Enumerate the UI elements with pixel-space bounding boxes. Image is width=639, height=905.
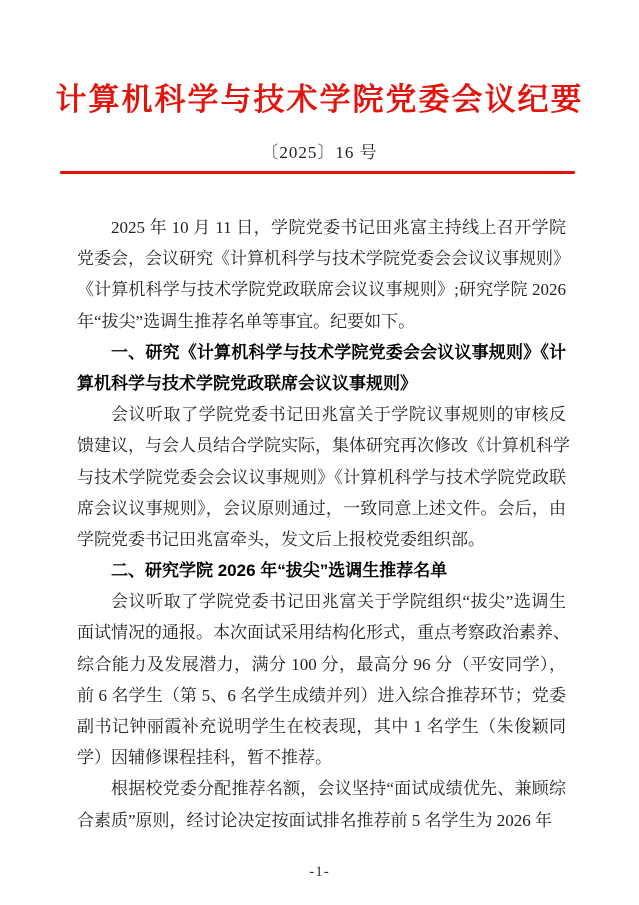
paragraph-line: 副书记钟丽霞补充说明学生在校表现，其中 1 名学生（朱俊颖同 <box>77 711 566 742</box>
heading-line: 算机科学与技术学院党政联席会议议事规则》 <box>77 368 566 399</box>
paragraph-line: 综合能力及发展潜力，满分 100 分，最高分 96 分（平安同学）， <box>77 649 566 680</box>
paragraph-line: 会议听取了学院党委书记田兆富关于学院议事规则的审核反 <box>77 399 566 430</box>
document-body: 2025 年 10 月 11 日，学院党委书记田兆富主持线上召开学院党委会，会议… <box>77 212 566 836</box>
paragraph-line: 学院党委书记田兆富牵头，发文后上报校党委组织部。 <box>77 524 566 555</box>
heading-line: 二、研究学院 2026 年“拔尖”选调生推荐名单 <box>77 555 566 586</box>
paragraph-line: 与技术学院党委会会议议事规则》《计算机科学与技术学院党政联 <box>77 462 566 493</box>
red-divider-rule <box>60 171 575 174</box>
paragraph-line: 席会议议事规则》，会议原则通过，一致同意上述文件。会后，由 <box>77 493 566 524</box>
paragraph-line: 年“拔尖”选调生推荐名单等事宜。纪要如下。 <box>77 306 566 337</box>
paragraph-line: 馈建议，与会人员结合学院实际，集体研究再次修改《计算机科学 <box>77 430 566 461</box>
paragraph-line: 学）因辅修课程挂科，暂不推荐。 <box>77 742 566 773</box>
heading-line: 一、研究《计算机科学与技术学院党委会会议议事规则》《计 <box>77 337 566 368</box>
paragraph-line: 《计算机科学与技术学院党政联席会议议事规则》;研究学院 2026 <box>77 274 566 305</box>
paragraph-line: 前 6 名学生（第 5、6 名学生成绩并列）进入综合推荐环节；党委 <box>77 680 566 711</box>
document-title: 计算机科学与技术学院党委会议纪要 <box>0 74 639 119</box>
paragraph-line: 根据校党委分配推荐名额，会议坚持“面试成绩优先、兼顾综 <box>77 773 566 804</box>
paragraph-line: 会议听取了学院党委书记田兆富关于学院组织“拔尖”选调生 <box>77 586 566 617</box>
page-number: -1- <box>0 864 639 881</box>
paragraph-line: 党委会，会议研究《计算机科学与技术学院党委会会议议事规则》 <box>77 243 566 274</box>
paragraph-line: 合素质”原则，经讨论决定按面试排名推荐前 5 名学生为 2026 年 <box>77 805 566 836</box>
document-page: 计算机科学与技术学院党委会议纪要 〔2025〕16 号 2025 年 10 月 … <box>0 0 639 905</box>
document-number: 〔2025〕16 号 <box>0 138 639 163</box>
paragraph-line: 2025 年 10 月 11 日，学院党委书记田兆富主持线上召开学院 <box>77 212 566 243</box>
paragraph-line: 面试情况的通报。本次面试采用结构化形式，重点考察政治素养、 <box>77 617 566 648</box>
